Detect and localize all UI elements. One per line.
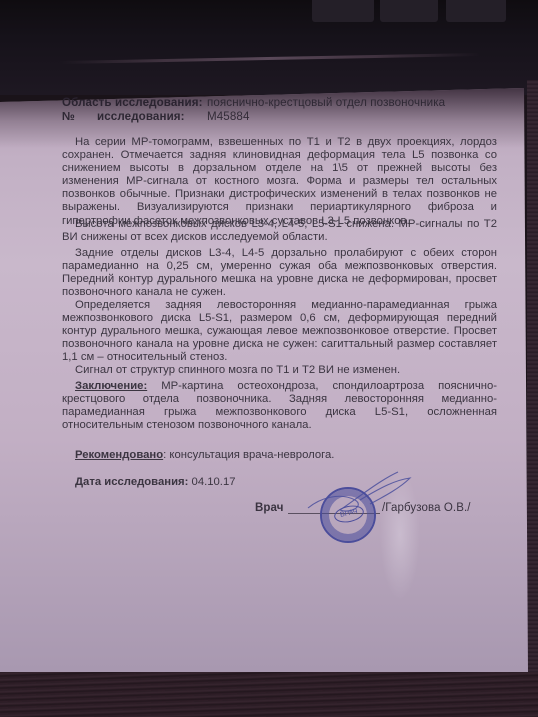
study-date: Дата исследования: 04.10.17 (62, 476, 497, 489)
findings-paragraph-1: На серии МР-томограмм, взвешенных по Т1 … (62, 136, 497, 228)
study-number-label: №исследования: (62, 110, 185, 123)
recommendation: Рекомендовано: консультация врача-неврол… (62, 449, 497, 462)
findings-paragraph-5: Сигнал от структур спинного мозга по Т1 … (62, 364, 497, 377)
study-date-value: 04.10.17 (192, 476, 236, 488)
area-label: Область исследования: (62, 96, 203, 109)
area-value: пояснично-крестцовый отдел позвоночника (207, 96, 445, 109)
conclusion-label: Заключение: (75, 380, 147, 392)
recommendation-text: : консультация врача-невролога. (163, 449, 334, 461)
medical-report: Область исследования: пояснично-крестцов… (0, 0, 538, 717)
findings-paragraph-2: Высота межпозвонковых дисков L3-4, L4-5,… (62, 218, 497, 244)
doctor-role-label: Врач (255, 502, 284, 514)
findings-paragraph-3: Задние отделы дисков L3-4, L4-5 дорзальн… (62, 247, 497, 299)
conclusion: Заключение: МР-картина остеохондроза, сп… (62, 380, 497, 432)
recommendation-label: Рекомендовано (75, 449, 163, 461)
handwritten-signature (300, 470, 420, 530)
study-date-label: Дата исследования: (75, 476, 188, 488)
findings-paragraph-4: Определяется задняя левосторонняя медиан… (62, 299, 497, 364)
study-number-value: М45884 (207, 110, 250, 123)
